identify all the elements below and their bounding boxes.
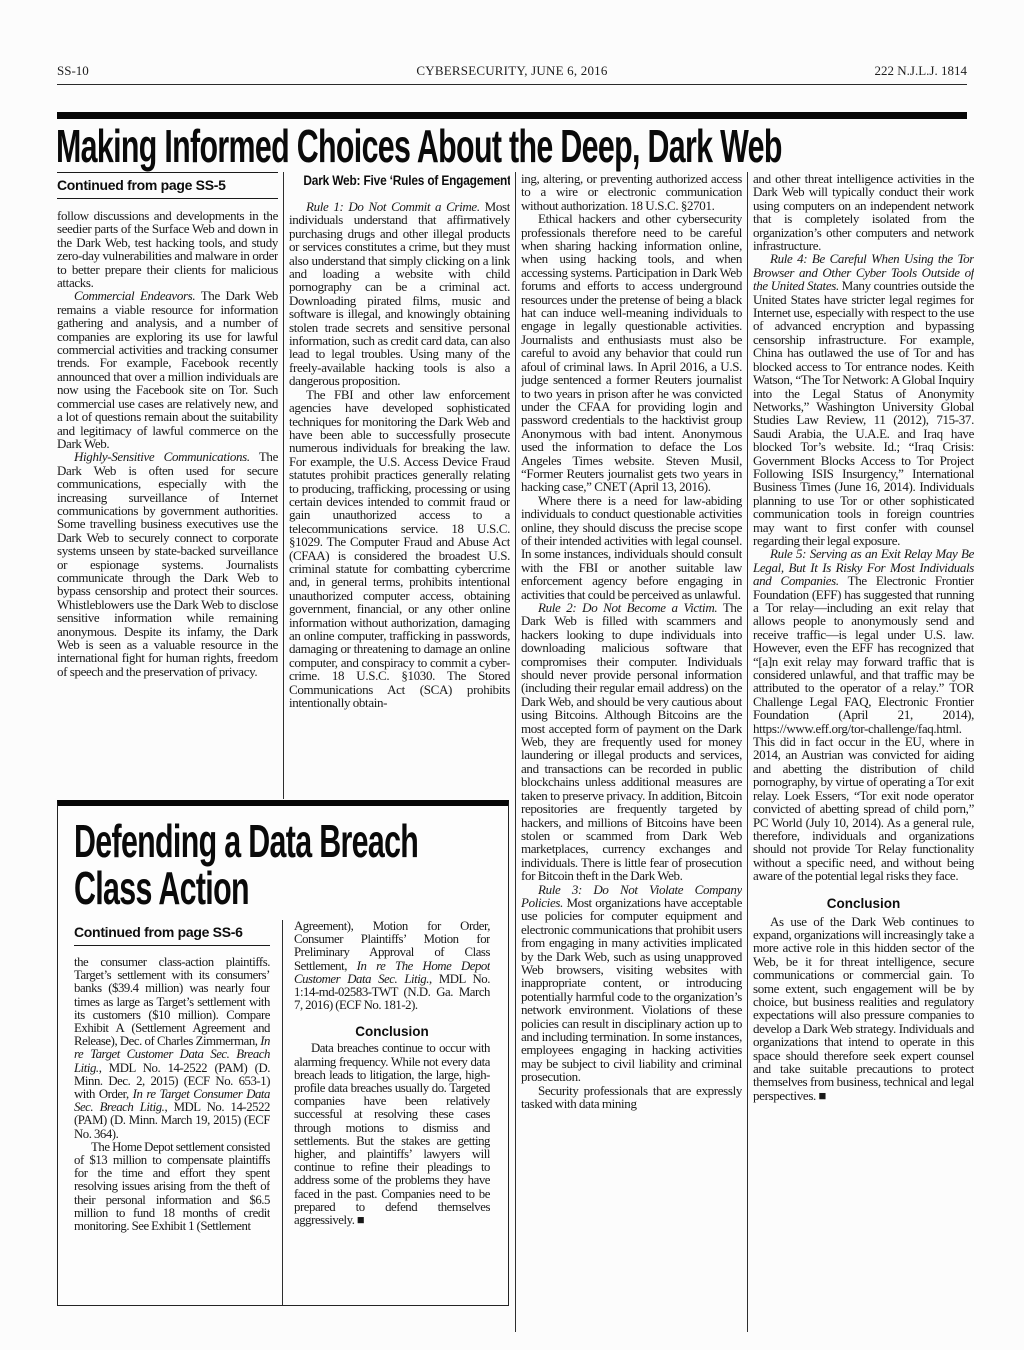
article2-headline-line1: Defending a Data Breach [74, 818, 351, 865]
column-divider [515, 172, 516, 1332]
paragraph: ing, altering, or preventing authorized … [521, 172, 742, 212]
article1-headline: Making Informed Choices About the Deep, … [56, 121, 782, 171]
paragraph: Rule 3: Do Not Violate Company Policies.… [521, 883, 742, 1084]
column-divider [747, 172, 748, 1332]
article2-headline-line2: Class Action [74, 865, 351, 912]
column-divider [282, 920, 283, 1306]
paragraph: Rule 5: Serving as an Exit Relay May Be … [753, 547, 974, 882]
continued-from-kicker: Continued from page SS-6 [74, 920, 270, 946]
kicker-label: Continued from page SS-5 [57, 177, 226, 193]
paragraph: Agreement), Motion for Order, Consumer P… [294, 920, 490, 1012]
article2-column-1: Continued from page SS-6 the consumer cl… [74, 920, 270, 1306]
journal-citation: 222 N.J.L.J. 1814 [875, 63, 967, 79]
article-column-text: the consumer class-action plaintiffs. Ta… [74, 956, 270, 1233]
paragraph: Where there is a need for law-abiding in… [521, 494, 742, 601]
paragraph: Highly-Sensitive Communications. The Dar… [57, 450, 278, 678]
section-subhead: Conclusion [753, 896, 974, 911]
kicker-label: Continued from page SS-6 [74, 924, 243, 940]
newspaper-page: SS-10 CYBERSECURITY, JUNE 6, 2016 222 N.… [0, 0, 1024, 1350]
paragraph: The FBI and other law enforcement agenci… [289, 388, 510, 710]
paragraph: As use of the Dark Web continues to expa… [753, 915, 974, 1103]
article2-columns: Continued from page SS-6 the consumer cl… [74, 920, 493, 1306]
paragraph: Rule 2: Do Not Become a Victim. The Dark… [521, 601, 742, 883]
paragraph: and other threat intelligence activities… [753, 172, 974, 252]
page-header: SS-10 CYBERSECURITY, JUNE 6, 2016 222 N.… [57, 63, 967, 81]
section-title: CYBERSECURITY, JUNE 6, 2016 [57, 63, 967, 79]
paragraph: Rule 4: Be Careful When Using the Tor Br… [753, 252, 974, 547]
article2-column-2: Agreement), Motion for Order, Consumer P… [294, 920, 490, 1306]
headline-bar [57, 112, 967, 119]
article1-column-3: ing, altering, or preventing authorized … [521, 172, 742, 1332]
paragraph: Data breaches continue to occur with ala… [294, 1042, 490, 1227]
paragraph: Commercial Endeavors. The Dark Web remai… [57, 289, 278, 450]
rules-of-engagement-heading-text: Dark Web: Five ‘Rules of Engagement’ [303, 173, 510, 188]
continued-from-kicker: Continued from page SS-5 [57, 172, 278, 199]
column-divider [283, 172, 284, 799]
article-column-text: follow discussions and developments in t… [57, 209, 278, 678]
article-column-text: Agreement), Motion for Order, Consumer P… [294, 920, 490, 1227]
paragraph: follow discussions and developments in t… [57, 209, 278, 289]
paragraph: The Home Depot settlement consisted of $… [74, 1141, 270, 1233]
article-column-text: Rule 1: Do Not Commit a Crime. Most indi… [289, 200, 510, 709]
article2-box: Defending a Data Breach Class Action Con… [57, 800, 509, 1306]
paragraph: the consumer class-action plaintiffs. Ta… [74, 956, 270, 1141]
section-subhead: Conclusion [294, 1024, 490, 1039]
paragraph: Security professionals that are expressl… [521, 1084, 742, 1111]
article2-headline: Defending a Data Breach Class Action [74, 818, 493, 912]
paragraph: Ethical hackers and other cybersecurity … [521, 212, 742, 494]
article-column-text: and other threat intelligence activities… [753, 172, 974, 1102]
rules-of-engagement-heading: Dark Web: Five ‘Rules of Engagement’ [289, 173, 510, 188]
paragraph: Rule 1: Do Not Commit a Crime. Most indi… [289, 200, 510, 388]
article1-column-1: Continued from page SS-5 follow discussi… [57, 172, 278, 798]
article-column-text: ing, altering, or preventing authorized … [521, 172, 742, 1110]
header-rule [57, 84, 967, 85]
article1-column-2: Dark Web: Five ‘Rules of Engagement’ Rul… [289, 172, 510, 798]
article1-column-4: and other threat intelligence activities… [753, 172, 974, 1332]
